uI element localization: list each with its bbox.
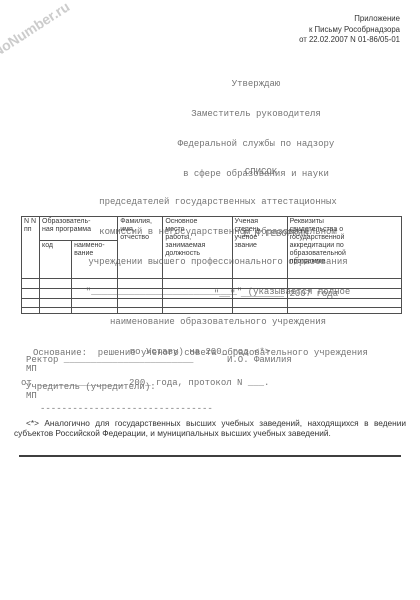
col-header-accreditation: Реквизиты свидетельства о государственно… bbox=[287, 217, 401, 279]
col-header-fio: Фамилия, имя, отчество bbox=[118, 217, 163, 279]
empty-cell bbox=[40, 308, 72, 314]
founder-label: Учредитель (учредители): bbox=[26, 382, 156, 392]
empty-cell bbox=[287, 308, 401, 314]
empty-cell bbox=[22, 308, 40, 314]
stamp-mark: МП bbox=[26, 391, 37, 401]
col-header-code: код bbox=[40, 241, 72, 279]
empty-cell bbox=[232, 299, 287, 308]
empty-cell bbox=[22, 299, 40, 308]
empty-cell bbox=[72, 289, 118, 299]
empty-cell bbox=[163, 308, 232, 314]
empty-cell bbox=[118, 289, 163, 299]
rector-signature-line: Ректор ________________________ bbox=[26, 355, 193, 365]
empty-cell bbox=[40, 289, 72, 299]
appendix-reference: Приложение к Письму Рособрнадзора от 22.… bbox=[299, 14, 400, 46]
stamp-mark: МП bbox=[26, 364, 37, 374]
table-row bbox=[22, 299, 402, 308]
table-row bbox=[22, 289, 402, 299]
empty-cell bbox=[163, 289, 232, 299]
rector-name-placeholder: И.О. Фамилия bbox=[227, 355, 292, 365]
empty-cell bbox=[232, 308, 287, 314]
col-header-program: Образователь- ная программа bbox=[40, 217, 118, 241]
empty-cell bbox=[22, 279, 40, 289]
appendix-line: Приложение bbox=[299, 14, 400, 25]
list-title-line: наименование образовательного учреждения bbox=[0, 317, 420, 327]
empty-cell bbox=[232, 289, 287, 299]
col-header-num: N N пп bbox=[22, 217, 40, 279]
table-row bbox=[22, 279, 402, 289]
empty-cell bbox=[40, 299, 72, 308]
appendix-line: к Письму Рособрнадзора bbox=[299, 25, 400, 36]
col-header-name: наимено- вание bbox=[72, 241, 118, 279]
list-title-line: СПИСОК bbox=[86, 167, 420, 177]
list-title-line: председателей государственных аттестацио… bbox=[0, 197, 420, 207]
approval-line: Утверждаю bbox=[96, 79, 416, 89]
table-header-row: N N пп Образователь- ная программа Фамил… bbox=[22, 217, 402, 241]
empty-cell bbox=[287, 279, 401, 289]
approval-line: Заместитель руководителя bbox=[96, 109, 416, 119]
empty-cell bbox=[163, 279, 232, 289]
table-row bbox=[22, 308, 402, 314]
empty-cell bbox=[40, 279, 72, 289]
empty-cell bbox=[72, 299, 118, 308]
empty-cell bbox=[118, 279, 163, 289]
bottom-rule bbox=[19, 455, 401, 457]
footnote-separator: -------------------------------- bbox=[40, 404, 213, 414]
footnote-text: <*> Аналогично для государственных высши… bbox=[14, 419, 406, 439]
empty-cell bbox=[118, 308, 163, 314]
empty-cell bbox=[287, 289, 401, 299]
empty-cell bbox=[72, 279, 118, 289]
col-header-degree: Ученая степень, ученое звание bbox=[232, 217, 287, 279]
empty-cell bbox=[22, 289, 40, 299]
col-header-work: Основное место работы, занимаемая должно… bbox=[163, 217, 232, 279]
empty-cell bbox=[163, 299, 232, 308]
empty-cell bbox=[72, 308, 118, 314]
empty-cell bbox=[287, 299, 401, 308]
watermark: NoNumber.ru bbox=[0, 0, 72, 60]
document-page: NoNumber.ru Приложение к Письму Рособрна… bbox=[0, 0, 420, 600]
empty-cell bbox=[118, 299, 163, 308]
chairmen-table: N N пп Образователь- ная программа Фамил… bbox=[21, 216, 402, 314]
empty-cell bbox=[232, 279, 287, 289]
basis-block: Основание: решение ученого совета образо… bbox=[21, 328, 368, 408]
appendix-line: от 22.02.2007 N 01-86/05-01 bbox=[299, 35, 400, 46]
